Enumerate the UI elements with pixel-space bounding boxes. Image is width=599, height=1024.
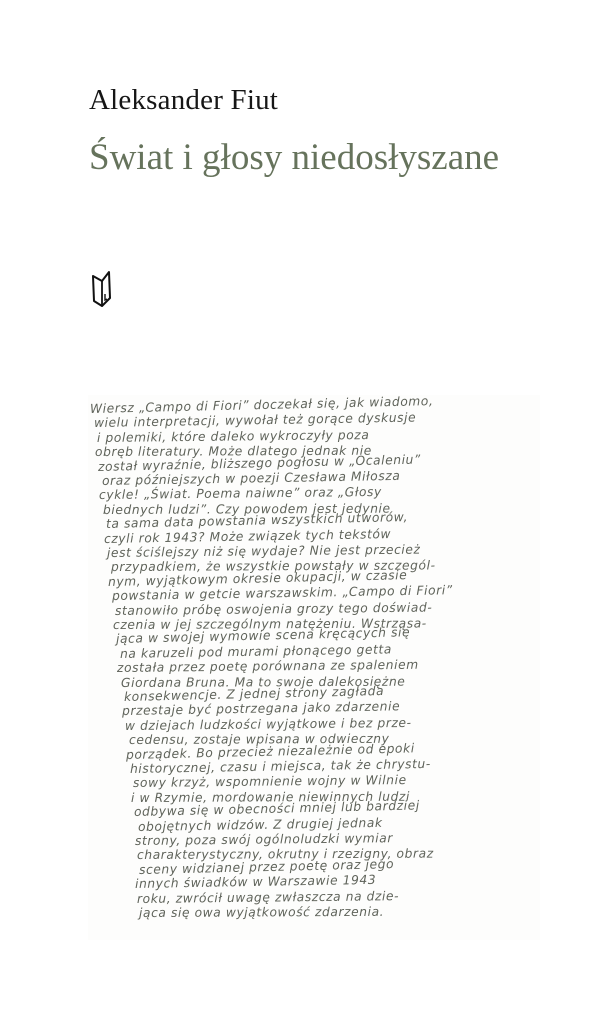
book-title: Świat i głosy niedosłyszane xyxy=(89,136,499,179)
book-author: Aleksander Fiut xyxy=(89,84,278,117)
manuscript-line: została przez poetę porównana ze spaleni… xyxy=(117,657,419,675)
manuscript-line: roku, zwrócił uwagę zwłaszcza na dzie- xyxy=(137,888,399,906)
manuscript-line: sowy krzyż, wspomnienie wojny w Wilnie xyxy=(133,772,407,790)
handwritten-manuscript: Wiersz „Campo di Fiori” doczekał się, ja… xyxy=(88,395,540,940)
manuscript-line: jąca się owa wyjątkowość zdarzenia. xyxy=(139,904,384,920)
book-door-sketch-icon xyxy=(90,268,116,310)
manuscript-line: cykle! „Świat. Poema naiwne” oraz „Głosy xyxy=(99,484,382,502)
